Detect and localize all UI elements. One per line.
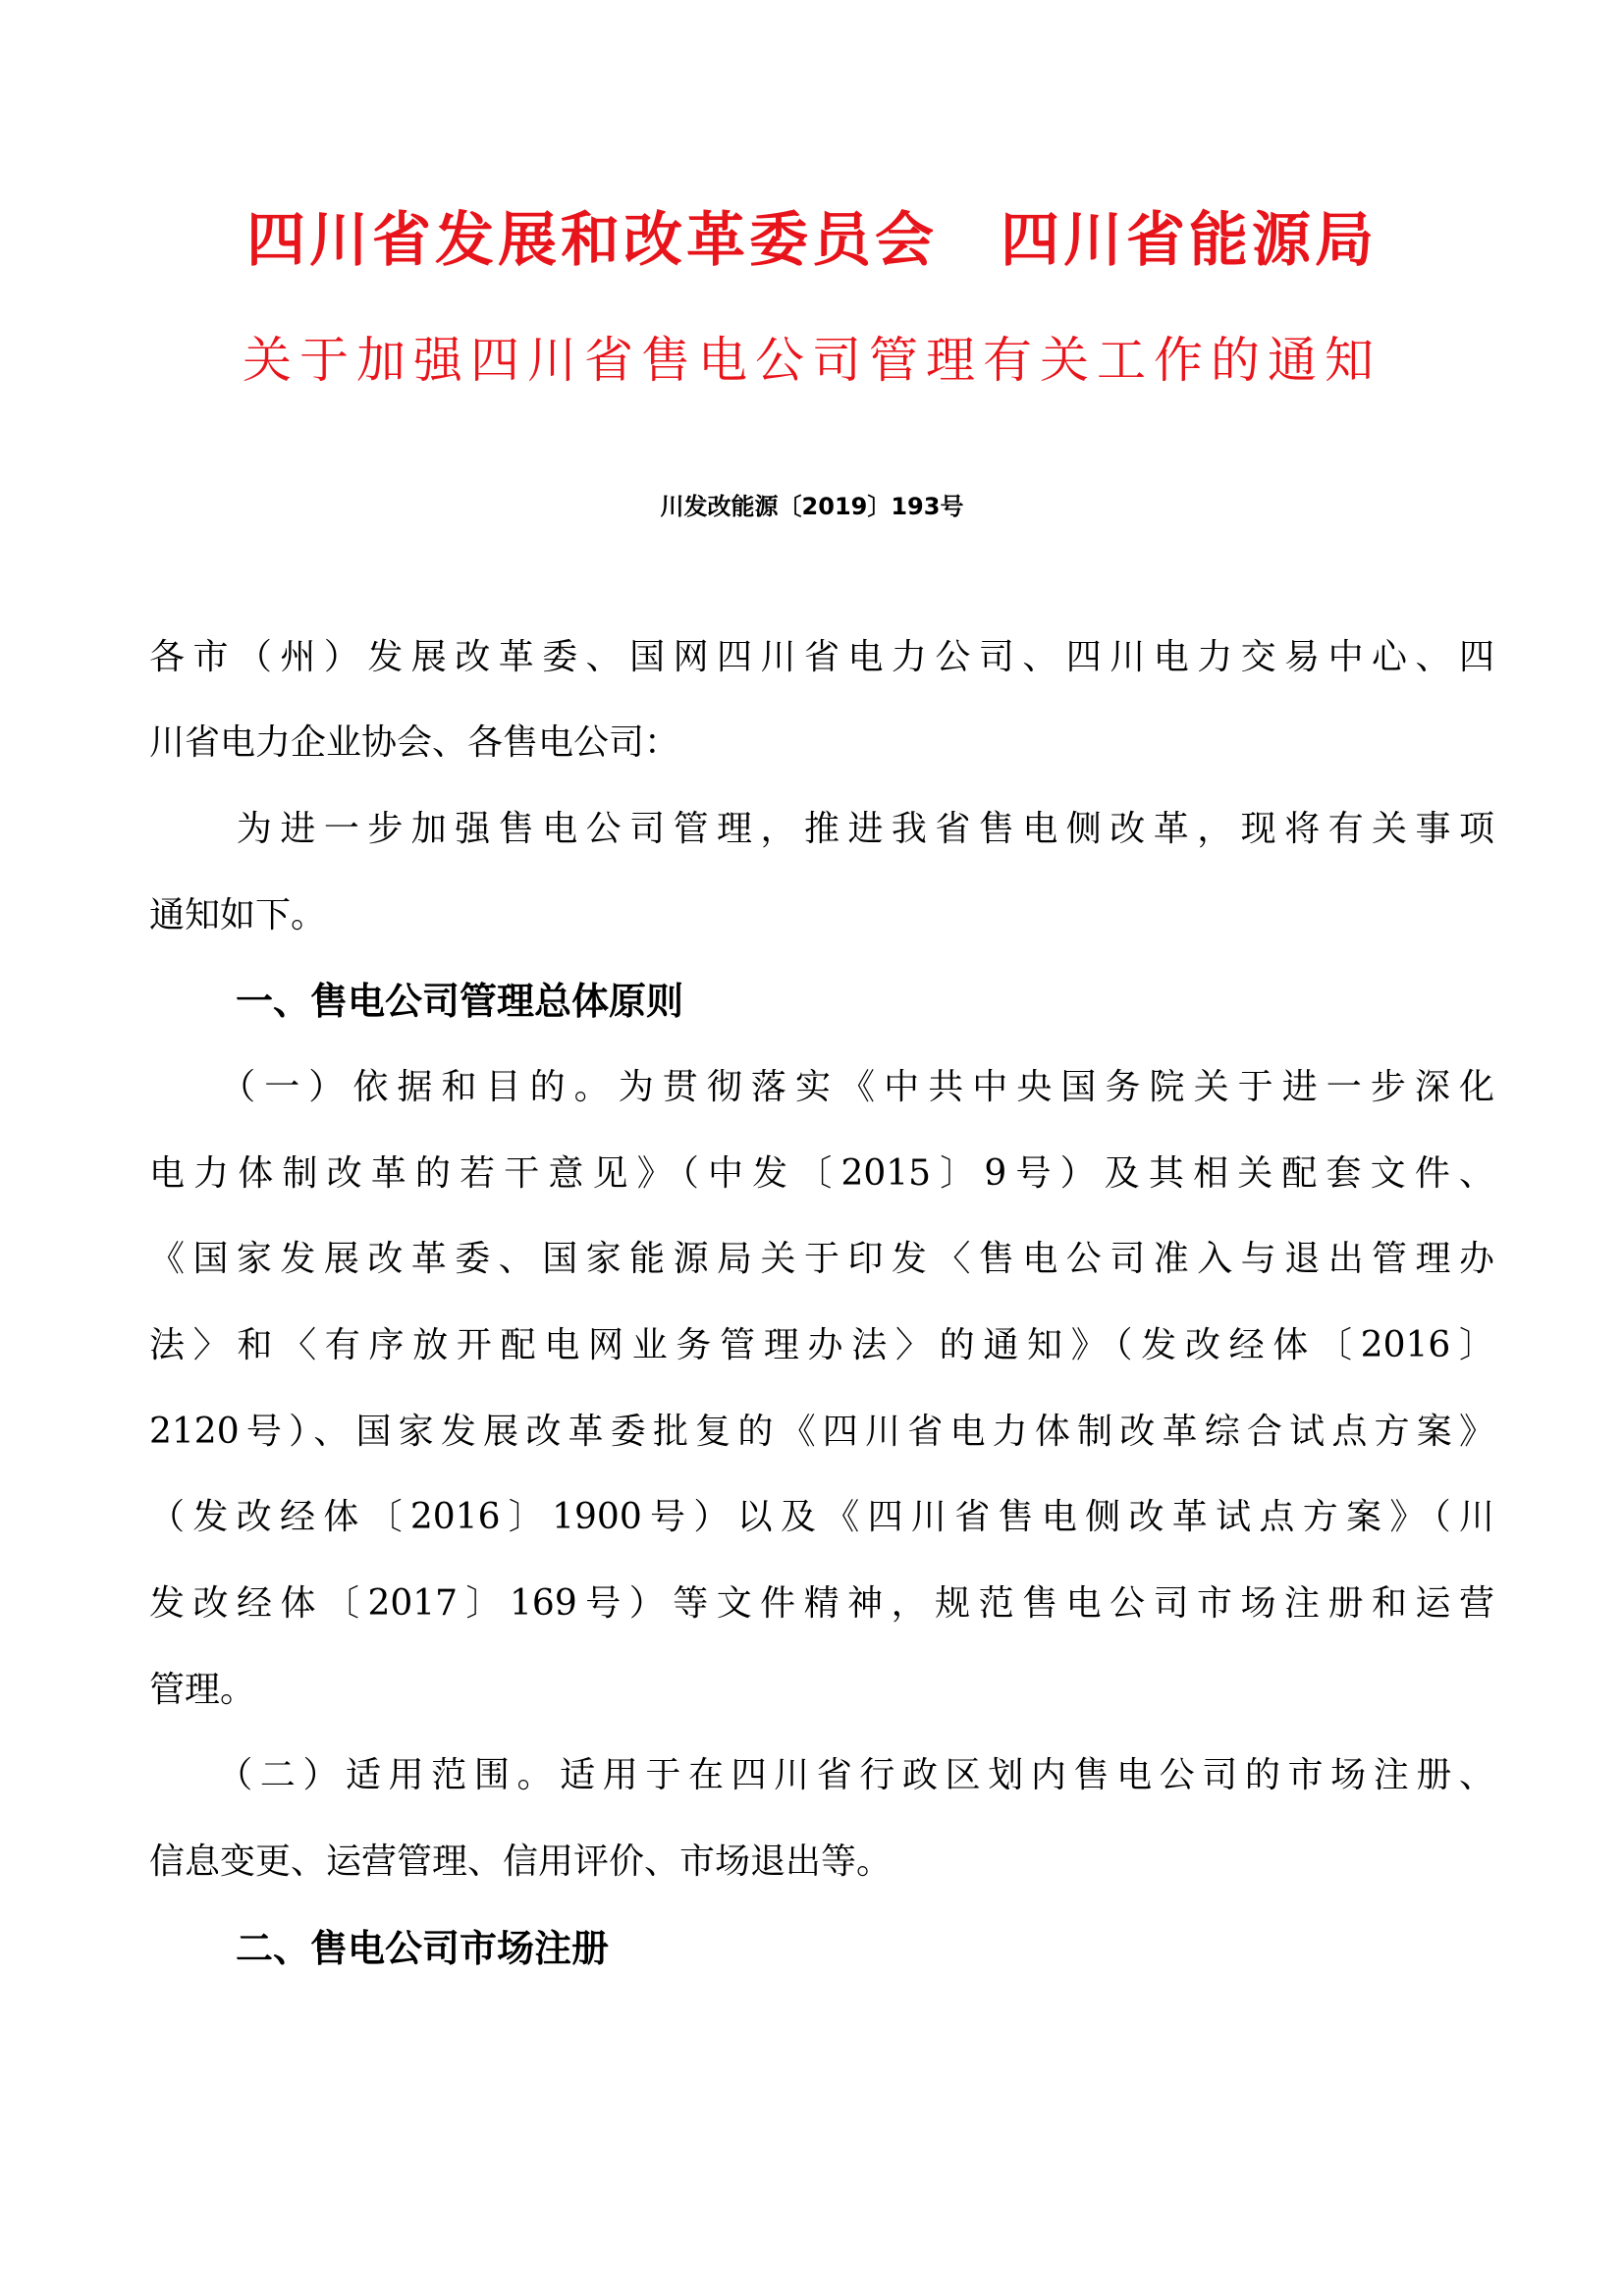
clause-1-line-7: 发改经体〔2017〕169号）等文件精神，规范售电公司市场注册和运营 <box>149 1579 1494 1629</box>
section-heading-1: 一、售电公司管理总体原则 <box>236 977 683 1026</box>
intro-paragraph-line-2: 通知如下。 <box>149 891 1494 940</box>
clause-1-line-5: 2120号）、国家发展改革委批复的《四川省电力体制改革综合试点方案》 <box>149 1408 1494 1457</box>
clause-1-line-2: 电力体制改革的若干意见》（中发〔2015〕9号）及其相关配套文件、 <box>149 1149 1494 1199</box>
clause-1-line-4: 法〉和〈有序放开配电网业务管理办法〉的通知》（发改经体〔2016〕 <box>149 1321 1494 1370</box>
clause-1-line-1: （一）依据和目的。为贯彻落实《中共中央国务院关于进一步深化 <box>149 1063 1494 1112</box>
addressee-line-1: 各市（州）发展改革委、国网四川省电力公司、四川电力交易中心、四 <box>149 633 1494 682</box>
addressee-line-2: 川省电力企业协会、各售电公司： <box>149 719 1494 768</box>
clause-1-line-6: （发改经体〔2016〕1900号）以及《四川省售电侧改革试点方案》（川 <box>149 1493 1494 1542</box>
clause-1-line-3: 《国家发展改革委、国家能源局关于印发〈售电公司准入与退出管理办 <box>149 1235 1494 1284</box>
clause-1-line-8: 管理。 <box>149 1666 1494 1715</box>
intro-paragraph-line-1: 为进一步加强售电公司管理，推进我省售电侧改革，现将有关事项 <box>149 805 1494 854</box>
issuer-header: 四川省发展和改革委员会 四川省能源局 <box>0 201 1624 280</box>
clause-2-line-2: 信息变更、运营管理、信用评价、市场退出等。 <box>149 1838 1494 1887</box>
document-page: 四川省发展和改革委员会 四川省能源局 关于加强四川省售电公司管理有关工作的通知 … <box>0 0 1624 2296</box>
document-title: 关于加强四川省售电公司管理有关工作的通知 <box>0 326 1624 395</box>
document-number: 川发改能源〔2019〕193号 <box>0 489 1624 524</box>
clause-2-line-1: （二）适用范围。适用于在四川省行政区划内售电公司的市场注册、 <box>149 1751 1494 1800</box>
section-heading-2: 二、售电公司市场注册 <box>236 1924 609 1973</box>
